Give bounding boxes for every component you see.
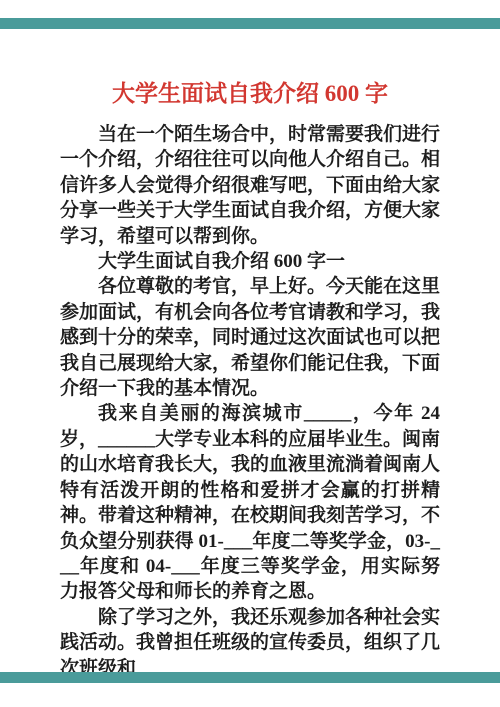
section-heading: 大学生面试自我介绍 600 字一	[60, 249, 440, 274]
top-accent-bar	[0, 18, 500, 29]
document-content: 大学生面试自我介绍 600 字 当在一个陌生场合中，时常需要我们进行一个介绍，介…	[60, 80, 440, 681]
paragraph-activities: 除了学习之外，我还乐观参加各种社会实践活动。我曾担任班级的宣传委员，组织了几次班…	[60, 605, 440, 681]
document-page: 大学生面试自我介绍 600 字 当在一个陌生场合中，时常需要我们进行一个介绍，介…	[0, 0, 500, 707]
bottom-accent-bar	[0, 672, 500, 683]
paragraph-background: 我来自美丽的海滨城市_____，今年 24 岁，______大学专业本科的应届毕…	[60, 401, 440, 604]
paragraph-greeting: 各位尊敬的考官，早上好。今天能在这里参加面试，有机会向各位考官请教和学习，我感到…	[60, 274, 440, 401]
document-title: 大学生面试自我介绍 600 字	[60, 80, 440, 107]
paragraph-intro: 当在一个陌生场合中，时常需要我们进行一个介绍，介绍往往可以向他人介绍自己。相信许…	[60, 122, 440, 249]
